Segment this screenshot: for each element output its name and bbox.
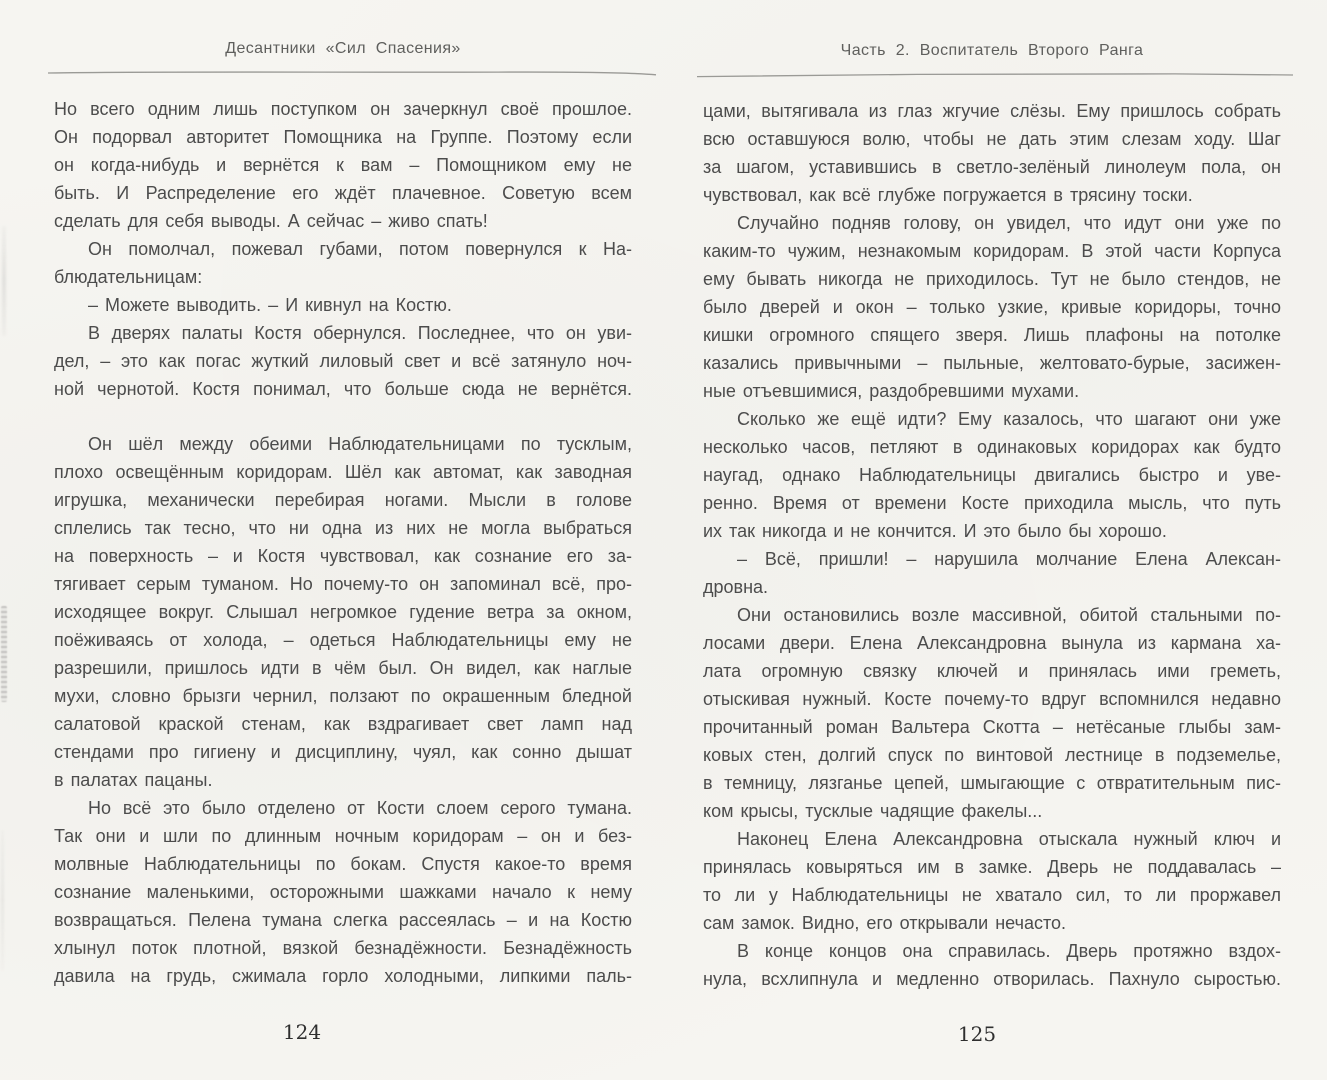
text-line: ковых стен, долгий спуск по винтовой лес… <box>703 741 1281 769</box>
text-line: цами, вытягивала из глаз жгучие слёзы. Е… <box>703 97 1281 125</box>
paragraph: цами, вытягивала из глаз жгучие слёзы. Е… <box>703 97 1281 209</box>
paragraph: Наконец Елена Александровна отыскала нуж… <box>703 825 1281 937</box>
left-header-rule <box>46 68 658 77</box>
text-line: поёживаясь от холода, – одеться Наблюдат… <box>54 626 632 654</box>
paragraph: Сколько же ещё идти? Ему казалось, что ш… <box>703 405 1281 545</box>
text-line: исходящее вокруг. Слышал негромкое гуден… <box>54 598 632 626</box>
text-line: дел, – это как погас жуткий лиловый свет… <box>54 347 632 375</box>
text-line: Он шёл между обеими Наблюдательницами по… <box>54 430 632 458</box>
text-line: В конце концов она справилась. Дверь про… <box>703 937 1281 965</box>
text-line: нула, всхлипнула и медленно отворилась. … <box>703 965 1281 993</box>
text-line: ренно. Время от времени Косте приходила … <box>703 489 1281 517</box>
left-running-header: Десантники «Сил Спасения» <box>54 40 632 64</box>
text-line: чувствовал, как всё глубже погружается в… <box>703 181 1281 209</box>
right-header-rule <box>695 70 1295 79</box>
text-line: в палатах пацаны. <box>54 766 632 794</box>
text-line: салатовой краской стенам, как вздрагивае… <box>54 710 632 738</box>
text-line: быть. И Распределение его ждёт плачевное… <box>54 179 632 207</box>
text-line: сплелись так тесно, что ни одна из них н… <box>54 514 632 542</box>
text-line: наугад, однако Наблюдательницы двигались… <box>703 461 1281 489</box>
book-scan-spread: Десантники «Сил Спасения» Но всего одним… <box>0 0 1327 1080</box>
text-line: он когда-нибудь и вернётся к вам – Помощ… <box>54 151 632 179</box>
text-line: их так никогда и не кончится. И это было… <box>703 517 1281 545</box>
text-line: Он подорвал авторитет Помощника на Групп… <box>54 123 632 151</box>
text-line: Но всего одним лишь поступком он зачеркн… <box>54 95 632 123</box>
text-line: молвные Наблюдательницы по бокам. Спустя… <box>54 850 632 878</box>
text-line: Так они и шли по длинным ночным коридора… <box>54 822 632 850</box>
text-line: Случайно подняв голову, он увидел, что и… <box>703 209 1281 237</box>
right-page-paragraphs: цами, вытягивала из глаз жгучие слёзы. Е… <box>703 97 1281 993</box>
text-line: было дверей и окон – только узкие, кривы… <box>703 293 1281 321</box>
text-line: в темницу, лязганье цепей, шмыгающие с о… <box>703 769 1281 797</box>
text-line: хлынул поток плотной, вязкой безнадёжнос… <box>54 934 632 962</box>
left-page-paragraphs: Но всего одним лишь поступком он зачеркн… <box>54 95 632 990</box>
text-line: то ли у Наблюдательницы не хватало сил, … <box>703 881 1281 909</box>
text-line: отыскивая нужный. Косте почему-то вдруг … <box>703 685 1281 713</box>
paragraph: Он шёл между обеими Наблюдательницами по… <box>54 430 632 794</box>
text-line: лата огромную связку ключей и принялась … <box>703 657 1281 685</box>
text-line: за шагом, уставившись в светло-зелёный л… <box>703 153 1281 181</box>
text-line: всю оставшуюся волю, чтобы не дать этим … <box>703 125 1281 153</box>
text-line: разрешили, пришлось идти в чём был. Он в… <box>54 654 632 682</box>
text-line: ему бывать никогда не приходилось. Тут н… <box>703 265 1281 293</box>
text-line: Сколько же ещё идти? Ему казалось, что ш… <box>703 405 1281 433</box>
text-line: Наконец Елена Александровна отыскала нуж… <box>703 825 1281 853</box>
text-line: мухи, словно брызги чернил, ползают по о… <box>54 682 632 710</box>
paragraph: Случайно подняв голову, он увидел, что и… <box>703 209 1281 405</box>
text-line: возвращаться. Пелена тумана слегка рассе… <box>54 906 632 934</box>
paragraph: – Можете выводить. – И кивнул на Костю. <box>54 291 632 319</box>
text-line: на поверхность – и Костя чувствовал, как… <box>54 542 632 570</box>
paragraph: Он помолчал, пожевал губами, потом повер… <box>54 235 632 291</box>
scan-edge-smudge <box>1 606 7 702</box>
text-line: каким-то чужим, незнакомым коридорам. В … <box>703 237 1281 265</box>
text-line: казались привычными – пыльные, желтовато… <box>703 349 1281 377</box>
text-line: принялась ковыряться им в замке. Дверь н… <box>703 853 1281 881</box>
text-line: Но всё это было отделено от Кости слоем … <box>54 794 632 822</box>
text-line: блюдательницам: <box>54 263 632 291</box>
text-line: тягивает серым туманом. Но почему-то он … <box>54 570 632 598</box>
text-line: Они остановились возле массивной, обитой… <box>703 601 1281 629</box>
section-break <box>54 403 632 430</box>
text-line: сделать для себя выводы. А сейчас – живо… <box>54 207 632 235</box>
paragraph: В конце концов она справилась. Дверь про… <box>703 937 1281 993</box>
paragraph: – Всё, пришли! – нарушила молчание Елена… <box>703 545 1281 601</box>
right-running-header: Часть 2. Воспитатель Второго Ранга <box>703 42 1281 66</box>
text-line: лосами двери. Елена Александровна вынула… <box>703 629 1281 657</box>
right-page-number: 125 <box>945 1022 1009 1046</box>
text-line: – Всё, пришли! – нарушила молчание Елена… <box>703 545 1281 573</box>
text-line: ком крысы, тусклые чадящие факелы... <box>703 797 1281 825</box>
text-line: игрушка, механически перебирая ногами. М… <box>54 486 632 514</box>
text-line: ные отъевшимися, раздобревшими мухами. <box>703 377 1281 405</box>
text-line: стендами про гигиену и дисциплину, чуял,… <box>54 738 632 766</box>
text-line: давила на грудь, сжимала горло холодными… <box>54 962 632 990</box>
left-page-number: 124 <box>270 1020 334 1044</box>
text-line: дровна. <box>703 573 1281 601</box>
paragraph: В дверях палаты Костя обернулся. Последн… <box>54 319 632 403</box>
text-line: В дверях палаты Костя обернулся. Последн… <box>54 319 632 347</box>
paragraph: Они остановились возле массивной, обитой… <box>703 601 1281 825</box>
text-line: – Можете выводить. – И кивнул на Костю. <box>54 291 632 319</box>
left-page: Десантники «Сил Спасения» Но всего одним… <box>54 40 632 990</box>
text-line: кишки огромного спящего зверя. Лишь плаф… <box>703 321 1281 349</box>
text-line: прочитанный роман Вальтера Скотта – нетё… <box>703 713 1281 741</box>
scan-edge-smudge <box>2 226 6 336</box>
scan-edge-smudge <box>1 830 4 970</box>
paragraph: Но всё это было отделено от Кости слоем … <box>54 794 632 990</box>
paragraph: Но всего одним лишь поступком он зачеркн… <box>54 95 632 235</box>
text-line: сознание маленькими, осторожными шажками… <box>54 878 632 906</box>
text-line: ной чернотой. Костя понимал, что больше … <box>54 375 632 403</box>
text-line: плохо освещённым коридорам. Шёл как авто… <box>54 458 632 486</box>
right-page: Часть 2. Воспитатель Второго Ранга цами,… <box>703 42 1281 993</box>
text-line: Он помолчал, пожевал губами, потом повер… <box>54 235 632 263</box>
text-line: сам замок. Видно, его открывали нечасто. <box>703 909 1281 937</box>
text-line: несколько часов, петляют в одинаковых ко… <box>703 433 1281 461</box>
